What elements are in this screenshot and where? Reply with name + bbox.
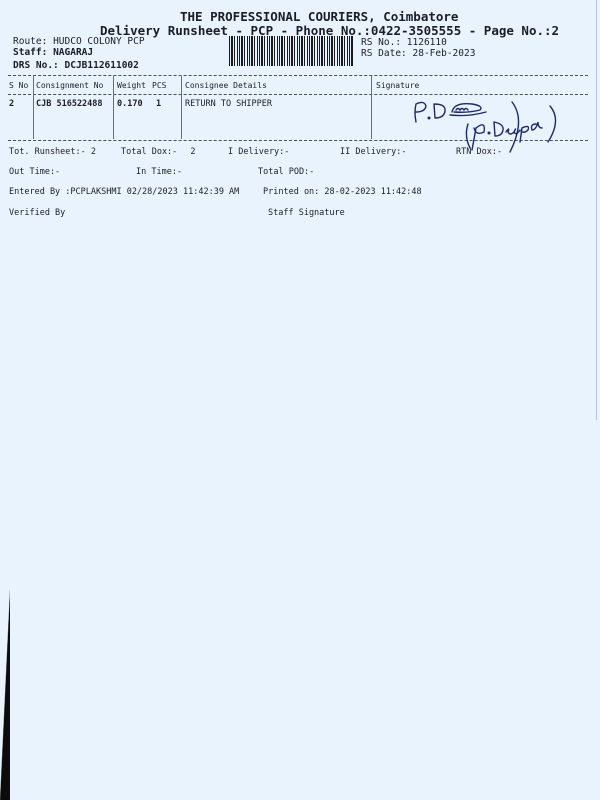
divider xyxy=(8,75,588,76)
cell-consignee-details: RETURN TO SHIPPER xyxy=(185,99,272,109)
column-header-weight: Weight xyxy=(117,81,146,90)
route-value: HUDCO COLONY PCP xyxy=(53,36,145,47)
route-line: Route: HUDCO COLONY PCP xyxy=(13,36,145,47)
runsheet-page: THE PROFESSIONAL COURIERS, Coimbatore De… xyxy=(0,0,600,800)
cell-pcs: 1 xyxy=(156,99,161,109)
staff-line: Staff: NAGARAJ xyxy=(13,47,93,58)
column-separator xyxy=(181,76,182,139)
staff-value: NAGARAJ xyxy=(53,47,93,58)
cell-s-no: 2 xyxy=(9,99,14,109)
total-dox-value: 2 xyxy=(190,147,195,157)
rs-no-label: RS No.: xyxy=(361,37,401,48)
divider xyxy=(8,94,588,95)
column-header-s-no: S No xyxy=(9,81,28,90)
drs-value: DCJB112611002 xyxy=(65,60,139,71)
company-title: THE PROFESSIONAL COURIERS, Coimbatore xyxy=(180,9,458,24)
cell-weight: 0.170 xyxy=(117,99,143,109)
route-label: Route: xyxy=(13,36,47,47)
rs-date-line: RS Date: 28-Feb-2023 xyxy=(361,48,475,59)
column-header-consignment-no: Consignment No xyxy=(36,81,103,90)
rs-no-value: 1126110 xyxy=(407,37,447,48)
cell-consignment-no: CJB 516522488 xyxy=(36,99,103,109)
column-separator xyxy=(113,76,114,139)
column-header-pcs: PCS xyxy=(152,81,166,90)
tot-runsheet: Tot. Runsheet:- 2 xyxy=(9,147,96,157)
column-header-consignee-details: Consignee Details xyxy=(185,81,267,90)
out-time: Out Time:- xyxy=(9,167,60,177)
in-time: In Time:- xyxy=(136,167,182,177)
ii-delivery: II Delivery:- xyxy=(340,147,407,157)
i-delivery: I Delivery:- xyxy=(228,147,289,157)
staff-signature: Staff Signature xyxy=(268,208,345,218)
scan-edge xyxy=(596,0,597,420)
column-separator xyxy=(371,76,372,139)
rs-date-value: 28-Feb-2023 xyxy=(413,48,476,59)
column-header-signature: Signature xyxy=(376,81,419,90)
scan-shadow xyxy=(0,590,10,800)
barcode-icon xyxy=(229,36,354,66)
staff-label: Staff: xyxy=(13,47,47,58)
rs-no-line: RS No.: 1126110 xyxy=(361,37,447,48)
total-dox-label: Total Dox:- xyxy=(121,147,177,157)
drs-label: DRS No.: xyxy=(13,60,59,71)
rs-date-label: RS Date: xyxy=(361,48,407,59)
column-separator xyxy=(33,76,34,139)
tot-runsheet-value: 2 xyxy=(91,147,96,157)
entered-by: Entered By :PCPLAKSHMI 02/28/2023 11:42:… xyxy=(9,187,239,197)
verified-by: Verified By xyxy=(9,208,65,218)
printed-on: Printed on: 28-02-2023 11:42:48 xyxy=(263,187,422,197)
drs-line: DRS No.: DCJB112611002 xyxy=(13,60,139,71)
tot-runsheet-label: Tot. Runsheet:- xyxy=(9,147,86,157)
handwritten-signature xyxy=(410,98,570,154)
rtn-dox: RTN Dox:- xyxy=(456,147,502,157)
total-dox: Total Dox:- 2 xyxy=(121,147,196,157)
total-pod: Total POD:- xyxy=(258,167,314,177)
